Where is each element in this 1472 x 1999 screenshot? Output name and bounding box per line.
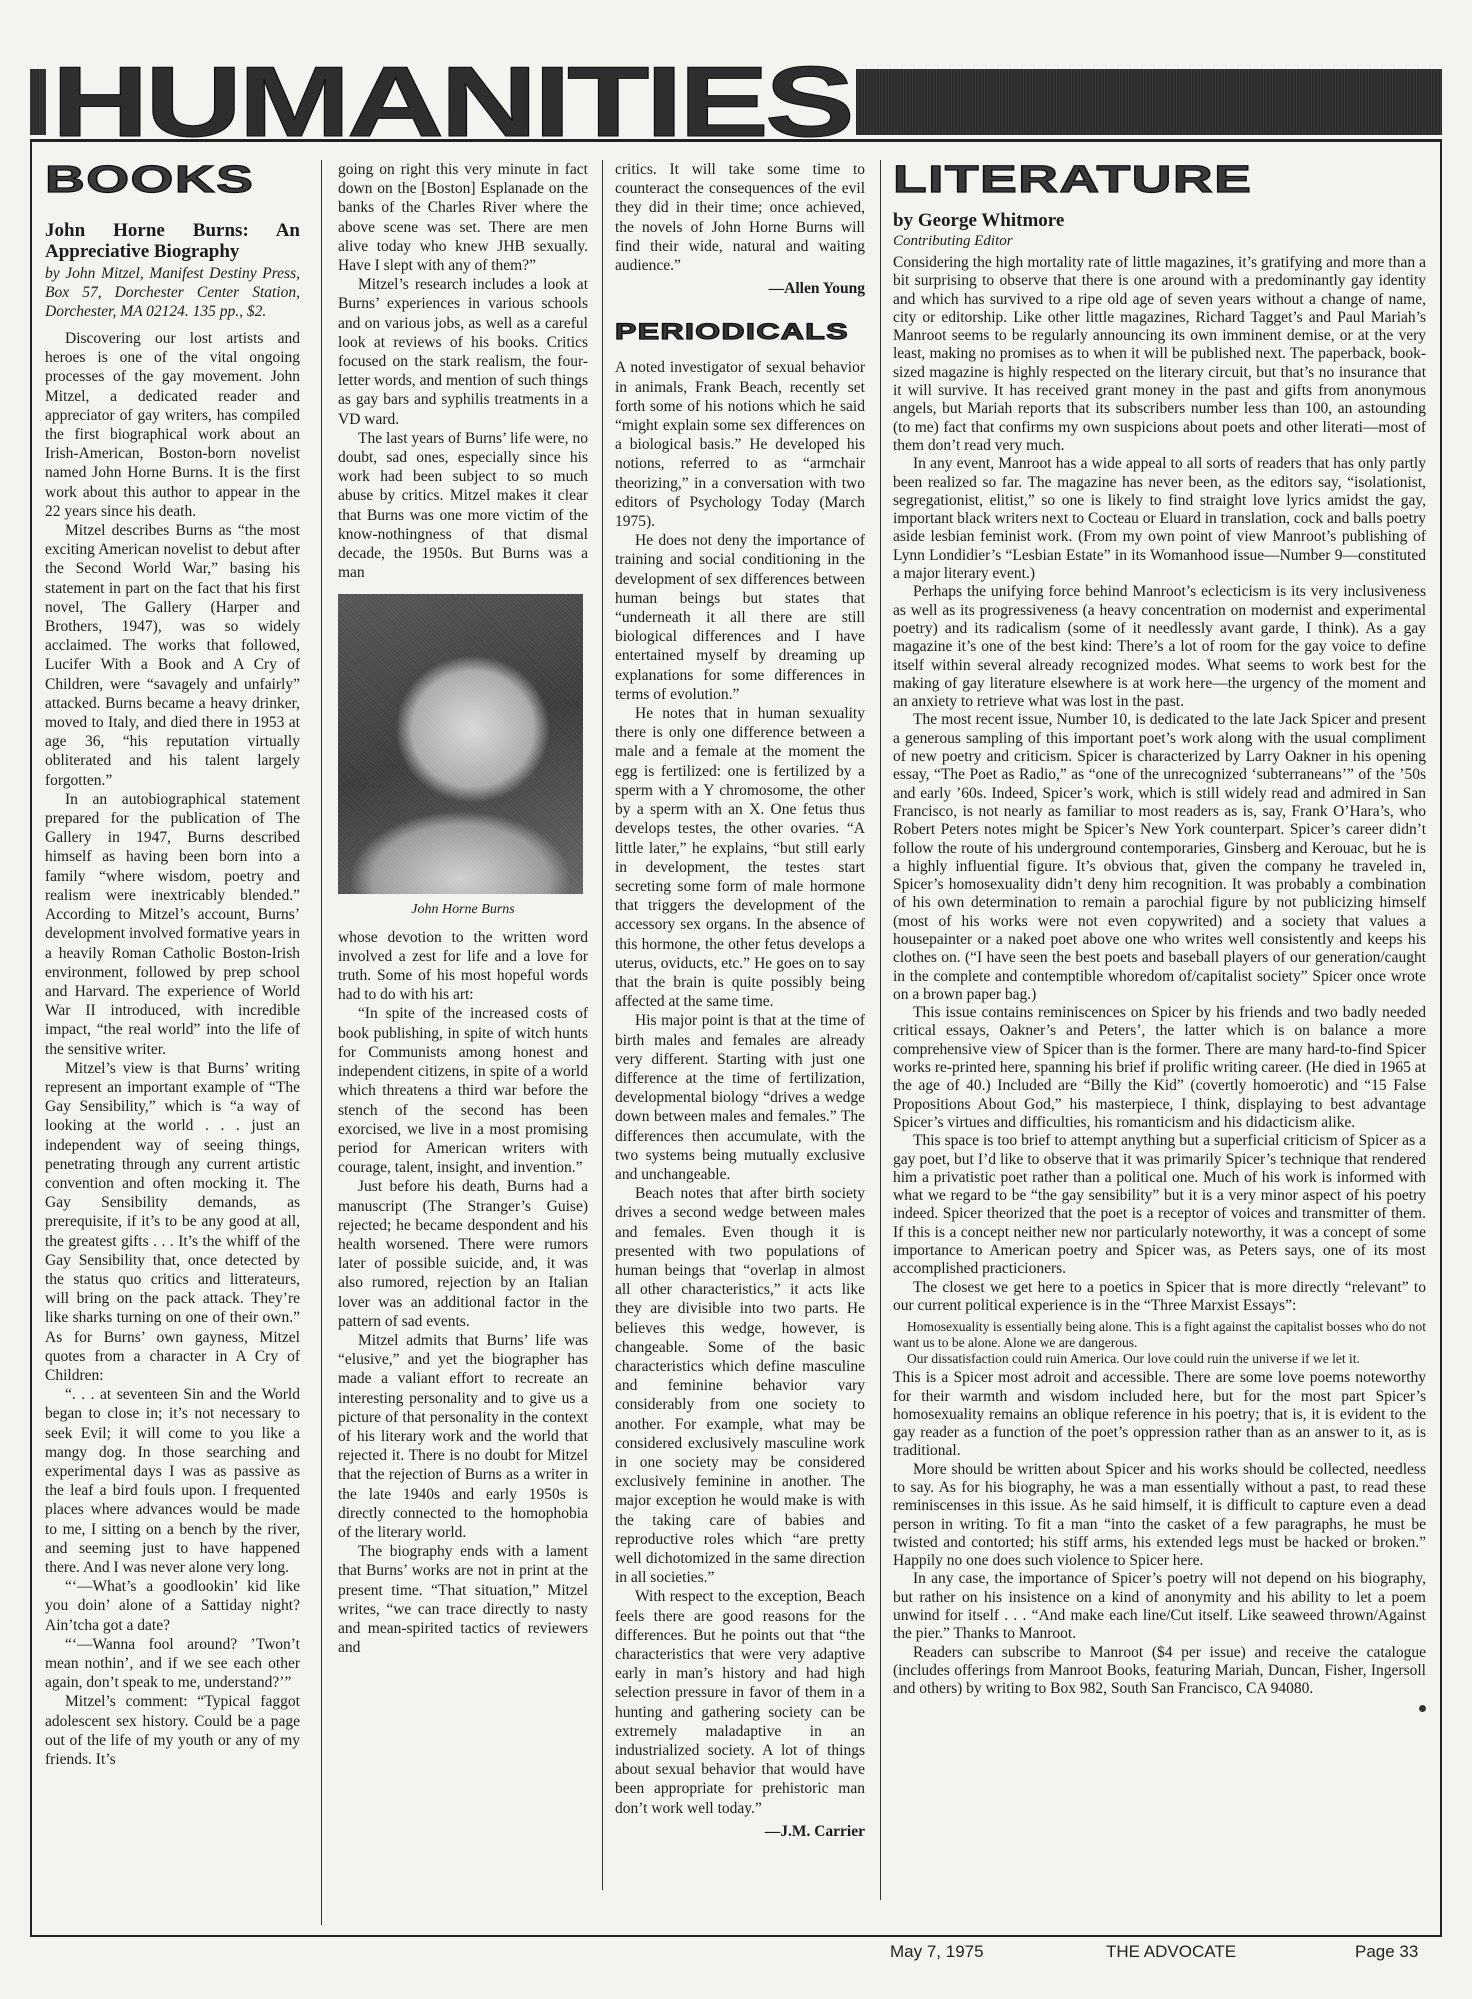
books-column-2: going on right this very minute in fact … — [338, 160, 588, 1657]
footer-date: May 7, 1975 — [890, 1942, 984, 1962]
paragraph: Mitzel’s comment: “Typical faggot adoles… — [45, 1692, 300, 1769]
paragraph: critics. It will take some time to count… — [615, 160, 865, 275]
photo-caption: John Horne Burns — [338, 900, 588, 919]
paragraph: whose devotion to the written word invol… — [338, 928, 588, 1005]
paragraph: “‘—What’s a goodlookin’ kid like you doi… — [45, 1577, 300, 1635]
paragraph: Mitzel admits that Burns’ life was “elus… — [338, 1331, 588, 1542]
books-column-1: BOOKS John Horne Burns: An Appreciative … — [45, 160, 300, 1769]
paragraph: Considering the high mortality rate of l… — [893, 254, 1426, 455]
end-mark-icon — [1419, 1705, 1426, 1712]
paragraph: In an autobiographical statement prepare… — [45, 790, 300, 1059]
paragraph: In any case, the importance of Spicer’s … — [893, 1570, 1426, 1643]
paragraph: Perhaps the unifying force behind Manroo… — [893, 583, 1426, 711]
paragraph: “. . . at seventeen Sin and the World be… — [45, 1385, 300, 1577]
literature-section-heading: LITERATURE — [893, 160, 1472, 200]
paragraph: “‘—Wanna fool around? ’Twon’t mean nothi… — [45, 1635, 300, 1693]
periodicals-column: critics. It will take some time to count… — [615, 160, 865, 1841]
paragraph: Mitzel describes Burns as “the most exci… — [45, 521, 300, 790]
paragraph: More should be written about Spicer and … — [893, 1461, 1426, 1571]
paragraph: Mitzel’s research includes a look at Bur… — [338, 275, 588, 429]
paragraph: He notes that in human sexuality there i… — [615, 704, 865, 1011]
column-rule — [602, 160, 603, 1890]
paragraph: This is a Spicer most adroit and accessi… — [893, 1369, 1426, 1460]
paragraph: With respect to the exception, Beach fee… — [615, 1587, 865, 1817]
footer-page-number: Page 33 — [1355, 1942, 1418, 1962]
quote-line: Homosexuality is essentially being alone… — [893, 1319, 1426, 1351]
paragraph: This space is too brief to attempt anyth… — [893, 1132, 1426, 1278]
literature-column: LITERATURE by George Whitmore Contributi… — [893, 160, 1426, 1712]
block-quote: Homosexuality is essentially being alone… — [893, 1319, 1426, 1367]
paragraph: This issue contains reminiscences on Spi… — [893, 1004, 1426, 1132]
paragraph: The closest we get here to a poetics in … — [893, 1279, 1426, 1316]
paragraph: The most recent issue, Number 10, is ded… — [893, 711, 1426, 1004]
quote-line: Our dissatisfaction could ruin America. … — [893, 1351, 1426, 1367]
paragraph: Discovering our lost artists and heroes … — [45, 329, 300, 521]
paragraph: Beach notes that after birth society dri… — [615, 1184, 865, 1587]
column-rule — [321, 160, 322, 1925]
paragraph: Just before his death, Burns had a manus… — [338, 1177, 588, 1331]
paragraph: The last years of Burns’ life were, no d… — [338, 429, 588, 583]
author-photo — [338, 594, 583, 894]
literature-author-role: Contributing Editor — [893, 232, 1426, 250]
banner-title: HUMANITIES — [46, 62, 856, 142]
footer-publication: THE ADVOCATE — [1106, 1942, 1236, 1962]
paragraph: going on right this very minute in fact … — [338, 160, 588, 275]
column-rule — [880, 160, 881, 1900]
paragraph: Readers can subscribe to Manroot ($4 per… — [893, 1644, 1426, 1699]
paragraph: Mitzel’s view is that Burns’ writing rep… — [45, 1059, 300, 1385]
humanities-banner: HUMANITIES — [30, 62, 1442, 142]
paragraph: The biography ends with a lament that Bu… — [338, 1542, 588, 1657]
article-title: John Horne Burns: An Appreciative Biogra… — [45, 220, 300, 262]
paragraph: In any event, Manroot has a wide appeal … — [893, 455, 1426, 583]
paragraph: A noted investigator of sexual behavior … — [615, 358, 865, 531]
books-signature: —Allen Young — [615, 279, 865, 298]
periodicals-signature: —J.M. Carrier — [615, 1822, 865, 1841]
paragraph: “In spite of the increased costs of book… — [338, 1004, 588, 1177]
paragraph: His major point is that at the time of b… — [615, 1011, 865, 1184]
literature-byline: by George Whitmore — [893, 210, 1426, 232]
paragraph: He does not deny the importance of train… — [615, 531, 865, 704]
publication-info: by John Mitzel, Manifest Destiny Press, … — [45, 264, 300, 321]
